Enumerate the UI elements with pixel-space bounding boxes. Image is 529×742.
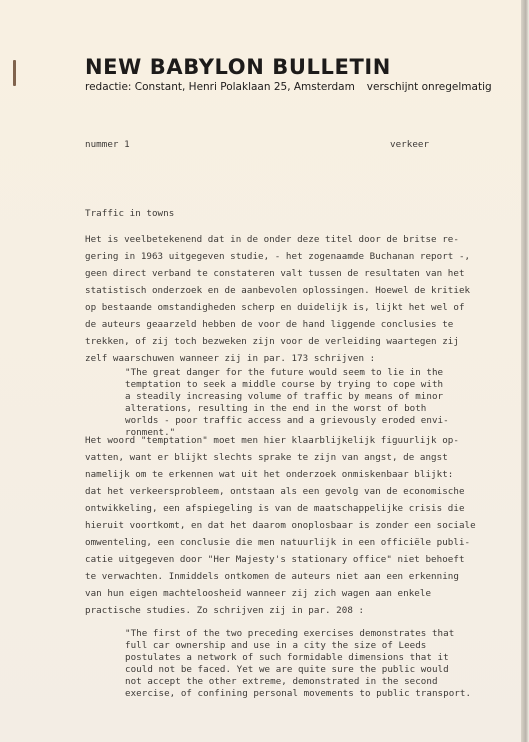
issue-topic: verkeer	[390, 139, 429, 150]
quote-1: "The great danger for the future would s…	[125, 367, 449, 439]
article-heading: Traffic in towns	[85, 208, 174, 219]
text-line: Het is veelbetekenend dat in de onder de…	[85, 231, 470, 248]
text-line: vatten, want er blijkt slechts sprake te…	[85, 449, 476, 466]
text-line: statistisch onderzoek en de aanbevolen o…	[85, 282, 470, 299]
paragraph-2: Het woord "temptation" moet men hier kla…	[85, 432, 476, 619]
page-edge	[521, 0, 529, 742]
bulletin-title: NEW BABYLON BULLETIN	[85, 55, 492, 79]
text-line: not accept the other extreme, demonstrat…	[125, 676, 471, 688]
text-line: could not be faced. Yet we are quite sur…	[125, 664, 471, 676]
issue-number: nummer 1	[85, 139, 130, 150]
text-line: gering in 1963 uitgegeven studie, - het …	[85, 248, 470, 265]
text-line: "The great danger for the future would s…	[125, 367, 449, 379]
text-line: worlds - poor traffic access and a griev…	[125, 415, 449, 427]
text-line: zelf waarschuwen wanneer zij in par. 173…	[85, 350, 470, 367]
text-line: geen direct verband te constateren valt …	[85, 265, 470, 282]
text-line: ontwikkeling, een afspiegeling is van de…	[85, 500, 476, 517]
text-line: de auteurs geaarzeld hebben de voor de h…	[85, 316, 470, 333]
text-line: omwenteling, een conclusie die men natuu…	[85, 534, 476, 551]
text-line: trekken, of zij toch bezweken zijn voor …	[85, 333, 470, 350]
text-line: catie uitgegeven door "Her Majesty's sta…	[85, 551, 476, 568]
text-line: practische studies. Zo schrijven zij in …	[85, 602, 476, 619]
document-page: NEW BABYLON BULLETIN redactie: Constant,…	[0, 0, 521, 742]
text-line: alterations, resulting in the end in the…	[125, 403, 449, 415]
text-line: full car ownership and use in a city the…	[125, 640, 471, 652]
masthead: NEW BABYLON BULLETIN redactie: Constant,…	[85, 55, 492, 94]
text-line: "The first of the two preceding exercise…	[125, 628, 471, 640]
text-line: hieruit voortkomt, en dat het daarom ono…	[85, 517, 476, 534]
text-line: namelijk om te erkennen wat uit het onde…	[85, 466, 476, 483]
text-line: te verwachten. Inmiddels ontkomen de aut…	[85, 568, 476, 585]
text-line: Het woord "temptation" moet men hier kla…	[85, 432, 476, 449]
text-line: van hun eigen machteloosheid wanneer zij…	[85, 585, 476, 602]
editorial-address: redactie: Constant, Henri Polaklaan 25, …	[85, 81, 355, 93]
masthead-subtitle: redactie: Constant, Henri Polaklaan 25, …	[85, 80, 492, 94]
text-line: dat het verkeersprobleem, ontstaan als e…	[85, 483, 476, 500]
text-line: postulates a network of such formidable …	[125, 652, 471, 664]
text-line: exercise, of confining personal movement…	[125, 688, 471, 700]
quote-2: "The first of the two preceding exercise…	[125, 628, 471, 700]
text-line: temptation to seek a middle course by tr…	[125, 379, 449, 391]
staple-mark	[13, 60, 16, 86]
publication-schedule: verschijnt onregelmatig	[367, 81, 492, 93]
text-line: op bestaande omstandigheden scherp en du…	[85, 299, 470, 316]
paragraph-1: Het is veelbetekenend dat in de onder de…	[85, 231, 470, 367]
text-line: a steadily increasing volume of traffic …	[125, 391, 449, 403]
